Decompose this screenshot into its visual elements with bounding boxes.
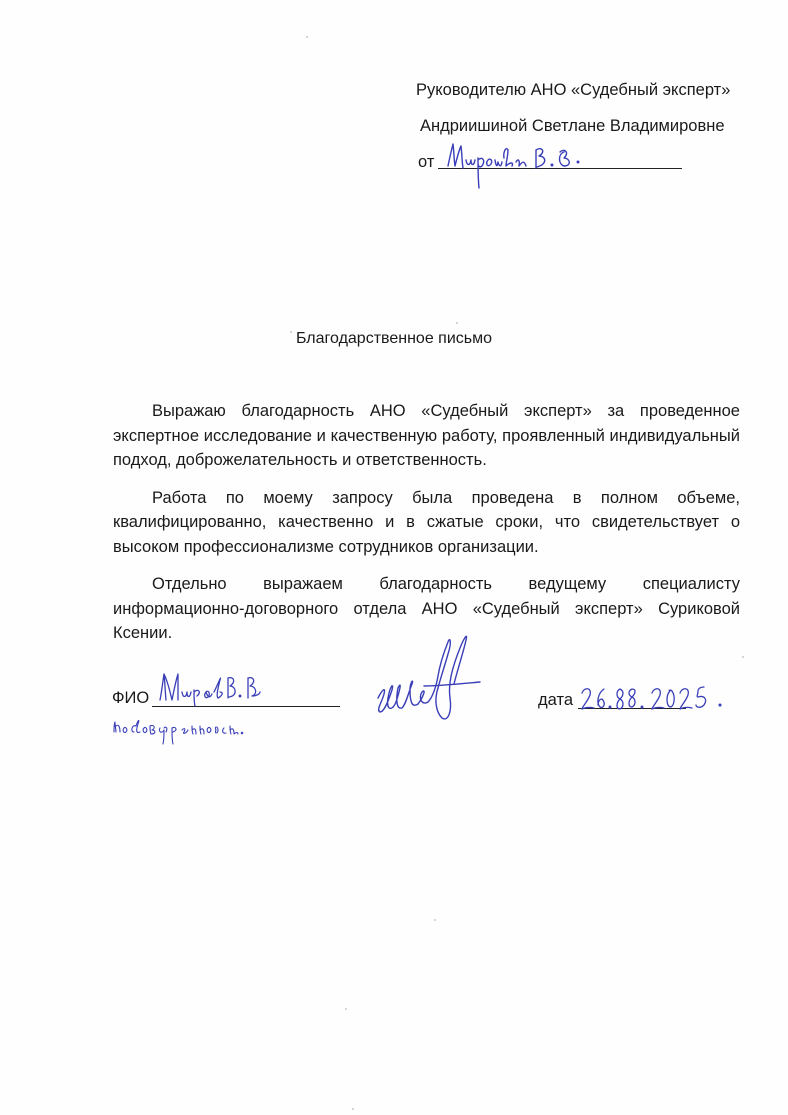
letter-body: Выражаю благодарность АНО «Судебный эксп… — [113, 399, 740, 659]
letter-title: Благодарственное письмо — [0, 330, 788, 348]
date-label: дата — [538, 691, 573, 710]
scan-speck — [345, 1008, 347, 1010]
from-underline — [438, 168, 682, 169]
from-handwritten-name — [440, 138, 600, 190]
date-handwritten — [578, 683, 728, 715]
letter-page: Руководителю АНО «Судебный эксперт» Андр… — [0, 0, 788, 1115]
paragraph-specialist-thanks: Отдельно выражаем благодарность ведущему… — [113, 572, 740, 646]
paragraph-gratitude: Выражаю благодарность АНО «Судебный эксп… — [113, 399, 740, 473]
scan-speck — [742, 656, 744, 658]
addressee-from-line: от — [418, 150, 434, 174]
date-underline — [578, 708, 686, 709]
scan-speck — [306, 36, 308, 38]
fio-note-handwritten — [110, 712, 260, 748]
scan-speck — [352, 1108, 354, 1110]
fio-label: ФИО — [112, 689, 149, 708]
scan-speck — [456, 322, 458, 324]
addressee-line-organization: Руководителю АНО «Судебный эксперт» — [416, 78, 730, 102]
from-label: от — [418, 150, 434, 174]
paragraph-work-quality: Работа по моему запросу была проведена в… — [113, 486, 740, 560]
fio-underline — [152, 706, 340, 707]
fio-handwritten-name — [156, 668, 276, 708]
addressee-line-name: Андриишиной Светлане Владимировне — [420, 114, 725, 138]
scan-speck — [434, 919, 436, 921]
